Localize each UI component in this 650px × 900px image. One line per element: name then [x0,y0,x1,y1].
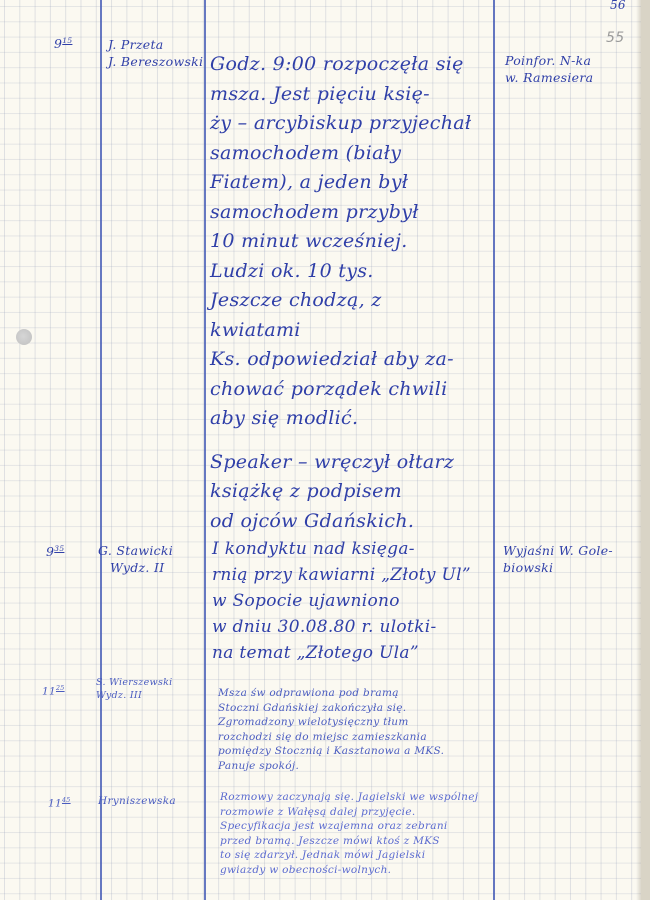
entry-content: Godz. 9:00 rozpoczęła się msza. Jest pię… [210,50,471,536]
ledger-page: 56 55 915 J. Przeta J. Bereszowski Godz.… [0,0,641,900]
page-number-pencil: 55 [606,30,624,46]
entry-speaker: J. Przeta J. Bereszowski [108,36,203,70]
entry-remarks: Wyjaśni W. Gole- biowski [503,542,613,576]
column-divider-time [100,0,102,900]
entry-speaker: S. Wierszewski Wydz. III [96,676,173,702]
entry-speaker: Hryniszewska [98,794,176,809]
punch-hole [16,329,32,345]
column-divider-content [493,0,495,900]
entry-speaker: G. Stawicki Wydz. II [98,542,173,576]
entry-time: 915 [54,32,72,52]
entry-content: I kondyktu nad księga- rnią przy kawiarn… [212,536,471,666]
entry-time: 935 [46,540,64,560]
entry-content: Msza św odprawiona pod bramą Stoczni Gda… [218,686,444,773]
entry-time: 1145 [48,794,71,811]
entry-time: 1125 [42,682,65,699]
entry-content: Rozmowy zaczynają się. Jagielski we wspó… [220,790,478,877]
column-divider-speaker [204,0,206,900]
entry-remarks: Poinfor. N-ka w. Ramesiera [505,52,593,86]
page-number-ink: 56 [610,0,626,12]
page-edge [636,0,641,900]
